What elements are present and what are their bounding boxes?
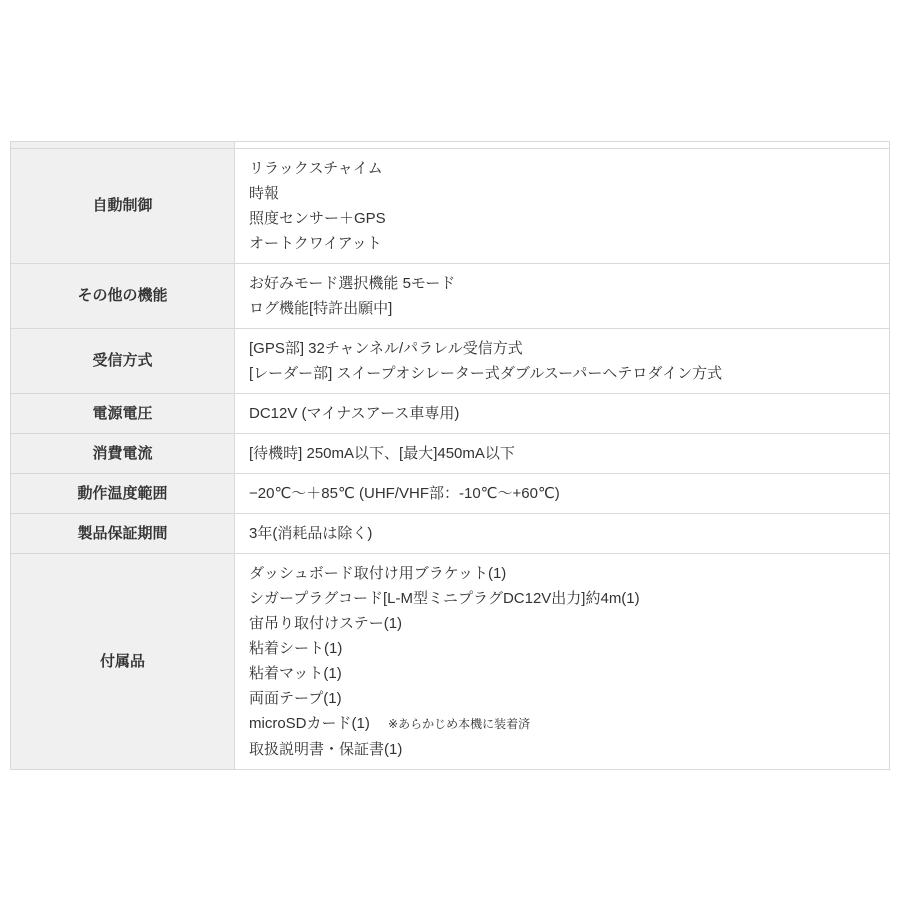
spec-label: 製品保証期間: [11, 514, 235, 554]
spec-value-line: ダッシュボード取付け用ブラケット(1): [249, 561, 879, 586]
spec-label: その他の機能: [11, 264, 235, 329]
table-row: 自動制御 リラックスチャイム 時報 照度センサー＋GPS オートクワイアット: [11, 149, 890, 264]
page: 自動制御 リラックスチャイム 時報 照度センサー＋GPS オートクワイアット そ…: [0, 0, 900, 900]
spec-value-line: 粘着マット(1): [249, 661, 879, 686]
spec-label: 自動制御: [11, 149, 235, 264]
spec-value-line: リラックスチャイム: [249, 156, 879, 181]
spec-label-cell-cropped: [11, 142, 235, 149]
table-row: その他の機能 お好みモード選択機能 5モード ログ機能[特許出願中]: [11, 264, 890, 329]
spec-value-line: [レーダー部] スイープオシレーター式ダブルスーパーヘテロダイン方式: [249, 361, 879, 386]
spec-value: 3年(消耗品は除く): [235, 514, 890, 554]
spec-value: [待機時] 250mA以下、[最大]450mA以下: [235, 434, 890, 474]
spec-label: 受信方式: [11, 329, 235, 394]
spec-value-line: お好みモード選択機能 5モード: [249, 271, 879, 296]
spec-value-line: 取扱説明書・保証書(1): [249, 737, 879, 762]
spec-value: [GPS部] 32チャンネル/パラレル受信方式 [レーダー部] スイープオシレー…: [235, 329, 890, 394]
table-row: 電源電圧 DC12V (マイナスアース車専用): [11, 394, 890, 434]
spec-value-line: 照度センサー＋GPS: [249, 206, 879, 231]
spec-value-line: シガープラグコード[L-M型ミニプラグDC12V出力]約4m(1): [249, 586, 879, 611]
spec-value-line: −20℃～＋85℃ (UHF/VHF部：-10℃～+60℃): [249, 481, 879, 506]
table-row: 付属品 ダッシュボード取付け用ブラケット(1) シガープラグコード[L-M型ミニ…: [11, 554, 890, 770]
spec-value-line: 粘着シート(1): [249, 636, 879, 661]
spec-value: お好みモード選択機能 5モード ログ機能[特許出願中]: [235, 264, 890, 329]
table-row: 受信方式 [GPS部] 32チャンネル/パラレル受信方式 [レーダー部] スイー…: [11, 329, 890, 394]
spec-label: 動作温度範囲: [11, 474, 235, 514]
spec-value: ダッシュボード取付け用ブラケット(1) シガープラグコード[L-M型ミニプラグD…: [235, 554, 890, 770]
spec-value: DC12V (マイナスアース車専用): [235, 394, 890, 434]
spec-value-text: microSDカード(1): [249, 715, 370, 732]
product-spec-table-wrap: 自動制御 リラックスチャイム 時報 照度センサー＋GPS オートクワイアット そ…: [10, 141, 890, 770]
spec-value: リラックスチャイム 時報 照度センサー＋GPS オートクワイアット: [235, 149, 890, 264]
spec-value-line: DC12V (マイナスアース車専用): [249, 401, 879, 426]
table-row-cropped-top: [11, 142, 890, 149]
spec-value-cell-cropped: [235, 142, 890, 149]
spec-value-line: 時報: [249, 181, 879, 206]
spec-value: −20℃～＋85℃ (UHF/VHF部：-10℃～+60℃): [235, 474, 890, 514]
spec-value-line: 宙吊り取付けステー(1): [249, 611, 879, 636]
spec-value-line: [GPS部] 32チャンネル/パラレル受信方式: [249, 336, 879, 361]
table-row: 動作温度範囲 −20℃～＋85℃ (UHF/VHF部：-10℃～+60℃): [11, 474, 890, 514]
product-spec-table: 自動制御 リラックスチャイム 時報 照度センサー＋GPS オートクワイアット そ…: [10, 141, 890, 770]
spec-label: 消費電流: [11, 434, 235, 474]
spec-value-line: 両面テープ(1): [249, 686, 879, 711]
spec-label: 付属品: [11, 554, 235, 770]
spec-value-line: 3年(消耗品は除く): [249, 521, 879, 546]
table-row: 消費電流 [待機時] 250mA以下、[最大]450mA以下: [11, 434, 890, 474]
spec-label: 電源電圧: [11, 394, 235, 434]
microsd-preinstalled-note: ※あらかじめ本機に装着済: [388, 717, 530, 731]
spec-value-line: オートクワイアット: [249, 231, 879, 256]
spec-value-line: [待機時] 250mA以下、[最大]450mA以下: [249, 441, 879, 466]
table-row: 製品保証期間 3年(消耗品は除く): [11, 514, 890, 554]
spec-value-line: ログ機能[特許出願中]: [249, 296, 879, 321]
spec-value-line-microsd: microSDカード(1) ※あらかじめ本機に装着済: [249, 711, 879, 737]
